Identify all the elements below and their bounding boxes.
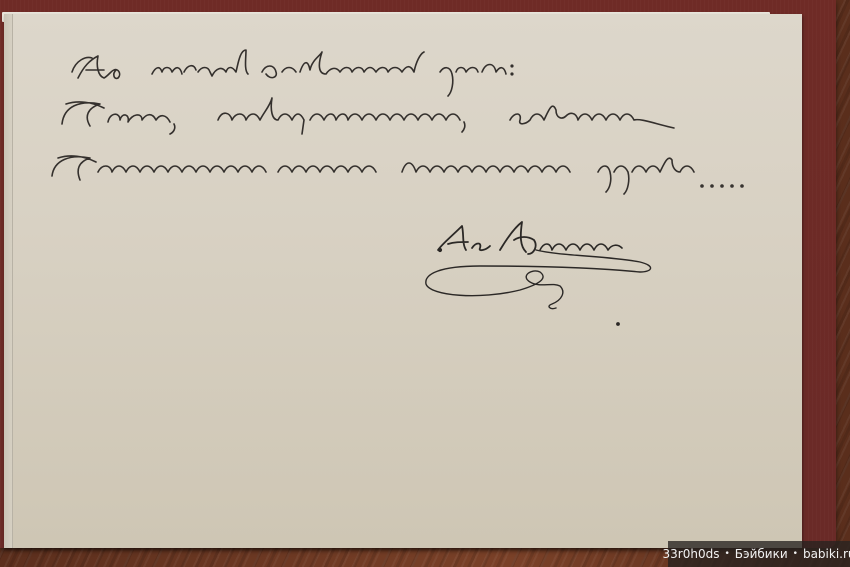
poem-line-1-strokes: [72, 50, 513, 96]
poem-handwriting: [52, 50, 743, 194]
watermark-separator-2: •: [793, 549, 798, 559]
signature-strokes: [426, 222, 651, 325]
handwriting-strokes: [4, 14, 802, 548]
poem-line-3-strokes: [52, 156, 743, 194]
watermark-site-name: Бэйбики: [735, 547, 788, 561]
album-page: На черный отдаленный путь: Тоска, предчу…: [4, 14, 802, 548]
poem-line-2-strokes: [62, 98, 674, 134]
watermark-domain: babiki.ru: [803, 547, 850, 561]
watermark-author: 33r0h0ds: [663, 547, 720, 561]
watermark-separator-1: •: [724, 549, 729, 559]
site-watermark: 33r0h0ds • Бэйбики • babiki.ru: [668, 541, 850, 567]
